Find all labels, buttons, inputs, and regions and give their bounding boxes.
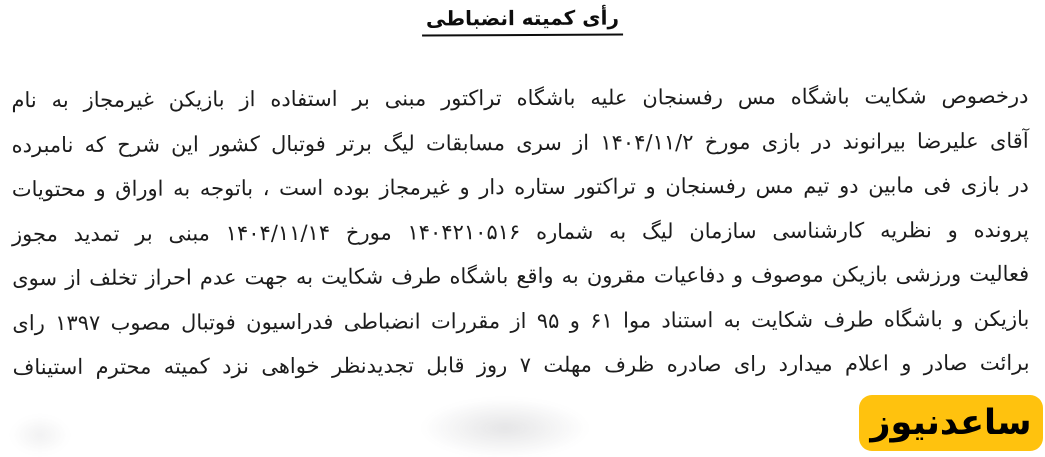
body-line: درخصوص شکایت باشگاه مس رفسنجان علیه باشگ… <box>11 74 1028 123</box>
body-line: برائت صادر و اعلام میدارد رای صادره ظرف … <box>12 341 1029 390</box>
saednews-watermark-badge: ساعدنیوز <box>859 395 1043 451</box>
document-body: درخصوص شکایت باشگاه مس رفسنجان علیه باشگ… <box>11 74 1029 390</box>
body-line: بازیکن و باشگاه طرف شکایت به استناد موا … <box>12 296 1029 345</box>
body-line: آقای علیرضا بیرانوند در بازی مورخ ۱۴۰۴/۱… <box>12 118 1029 167</box>
body-line: فعالیت ورزشی بازیکن موصوف و دفاعیات مقرو… <box>12 252 1029 301</box>
body-line: پرونده و نظریه کارشناسی سازمان لیگ به شم… <box>12 207 1029 256</box>
scanned-document-page: رأی کمیته انضباطی درخصوص شکایت باشگاه مس… <box>0 0 1045 457</box>
scan-smudge-artifact <box>10 415 70 455</box>
scan-smudge-artifact <box>420 398 590 457</box>
document-title: رأی کمیته انضباطی <box>422 5 623 36</box>
body-line: در بازی فی مابین دو تیم مس رفسنجان و ترا… <box>12 163 1029 212</box>
title-container: رأی کمیته انضباطی <box>0 6 1045 36</box>
